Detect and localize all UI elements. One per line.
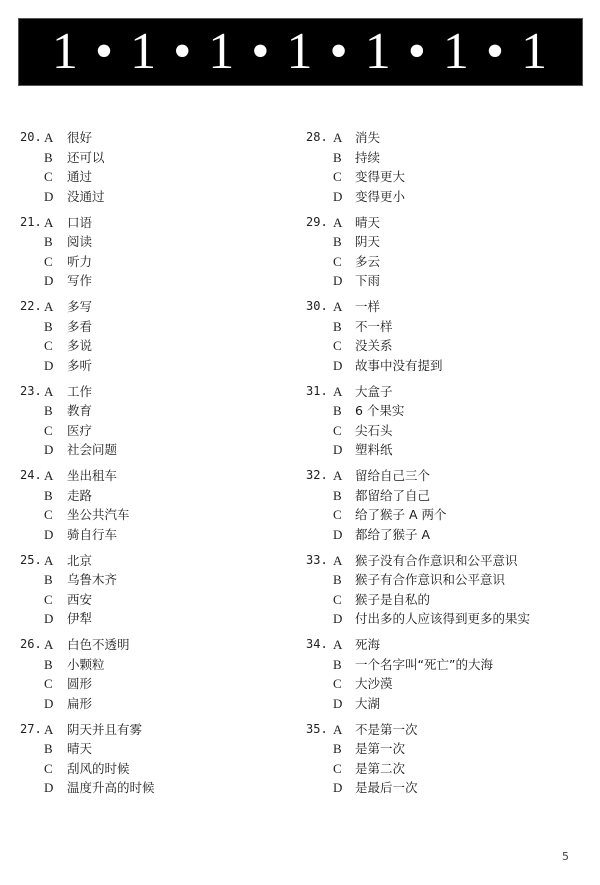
option-text: 听力 bbox=[67, 254, 92, 269]
option-letter: A bbox=[333, 297, 355, 317]
option-text: 写作 bbox=[67, 273, 92, 288]
option-letter: B bbox=[333, 317, 355, 337]
option-letter: C bbox=[44, 590, 67, 610]
option-text: 故事中没有提到 bbox=[355, 358, 443, 373]
answer-option: A坐出租车 bbox=[44, 466, 117, 486]
question-item: 34.A死海B一个名字叫“死亡”的大海C大沙漠D大湖 bbox=[306, 635, 586, 720]
question-number: 25. bbox=[20, 551, 42, 571]
answer-option: D伊犁 bbox=[44, 609, 92, 629]
option-text: 大沙漠 bbox=[355, 676, 393, 691]
answer-option: A留给自己三个 bbox=[333, 466, 430, 486]
answer-option: C是第二次 bbox=[333, 759, 405, 779]
option-letter: C bbox=[44, 505, 67, 525]
option-letter: C bbox=[333, 590, 355, 610]
option-letter: B bbox=[44, 486, 67, 506]
option-text: 尖石头 bbox=[355, 423, 393, 438]
answer-option: A晴天 bbox=[333, 213, 380, 233]
option-letter: B bbox=[333, 655, 355, 675]
answer-option: B晴天 bbox=[44, 739, 92, 759]
option-letter: A bbox=[333, 635, 355, 655]
question-number: 34. bbox=[306, 635, 328, 655]
question-item: 26.A白色不透明B小颗粒C圆形D扁形 bbox=[20, 635, 290, 720]
option-letter: C bbox=[333, 674, 355, 694]
question-item: 28.A消失B持续C变得更大D变得更小 bbox=[306, 128, 586, 213]
option-letter: D bbox=[44, 440, 67, 460]
option-text: 给了猴子 A 两个 bbox=[355, 507, 447, 522]
option-letter: A bbox=[44, 466, 67, 486]
option-letter: B bbox=[44, 570, 67, 590]
option-text: 塑料纸 bbox=[355, 442, 393, 457]
option-text: 持续 bbox=[355, 150, 380, 165]
option-text: 没通过 bbox=[67, 189, 105, 204]
option-text: 下雨 bbox=[355, 273, 380, 288]
option-text: 教育 bbox=[67, 403, 92, 418]
answer-option: A不是第一次 bbox=[333, 720, 418, 740]
answer-option: A一样 bbox=[333, 297, 380, 317]
question-item: 30.A一样B不一样C没关系D故事中没有提到 bbox=[306, 297, 586, 382]
question-item: 20.A很好B还可以C通过D没通过 bbox=[20, 128, 290, 213]
question-item: 25.A北京B乌鲁木齐C西安D伊犁 bbox=[20, 551, 290, 636]
answer-option: B小颗粒 bbox=[44, 655, 105, 675]
option-letter: A bbox=[44, 297, 67, 317]
option-letter: B bbox=[44, 232, 67, 252]
option-letter: C bbox=[44, 167, 67, 187]
option-letter: B bbox=[44, 401, 67, 421]
answer-option: D社会问题 bbox=[44, 440, 117, 460]
option-letter: D bbox=[333, 694, 355, 714]
option-letter: A bbox=[333, 382, 355, 402]
option-text: 通过 bbox=[67, 169, 92, 184]
answer-option: D变得更小 bbox=[333, 187, 405, 207]
option-text: 白色不透明 bbox=[67, 637, 130, 652]
option-letter: A bbox=[44, 720, 67, 740]
question-number: 26. bbox=[20, 635, 42, 655]
option-letter: D bbox=[44, 778, 67, 798]
option-letter: A bbox=[44, 213, 67, 233]
option-text: 多云 bbox=[355, 254, 380, 269]
page-number: 5 bbox=[562, 850, 569, 863]
question-number: 32. bbox=[306, 466, 328, 486]
option-letter: C bbox=[44, 252, 67, 272]
option-text: 北京 bbox=[67, 553, 92, 568]
question-number: 20. bbox=[20, 128, 42, 148]
answer-option: C坐公共汽车 bbox=[44, 505, 130, 525]
question-item: 22.A多写B多看C多说D多听 bbox=[20, 297, 290, 382]
option-text: 一样 bbox=[355, 299, 380, 314]
question-item: 29.A晴天B阴天C多云D下雨 bbox=[306, 213, 586, 298]
option-text: 是最后一次 bbox=[355, 780, 418, 795]
option-text: 口语 bbox=[67, 215, 92, 230]
question-item: 24.A坐出租车B走路C坐公共汽车D骑自行车 bbox=[20, 466, 290, 551]
answer-option: D没通过 bbox=[44, 187, 105, 207]
answer-option: B都留给了自己 bbox=[333, 486, 430, 506]
option-letter: D bbox=[44, 525, 67, 545]
answer-option: A口语 bbox=[44, 213, 92, 233]
answer-option: C变得更大 bbox=[333, 167, 405, 187]
answer-option: D是最后一次 bbox=[333, 778, 418, 798]
answer-option: B猴子有合作意识和公平意识 bbox=[333, 570, 505, 590]
option-text: 坐出租车 bbox=[67, 468, 117, 483]
answer-option: C尖石头 bbox=[333, 421, 393, 441]
answer-option: A死海 bbox=[333, 635, 380, 655]
answer-option: C刮风的时候 bbox=[44, 759, 130, 779]
option-text: 都留给了自己 bbox=[355, 488, 430, 503]
option-text: 是第二次 bbox=[355, 761, 405, 776]
answer-option: D骑自行车 bbox=[44, 525, 117, 545]
banner-text: 1 • 1 • 1 • 1 • 1 • 1 • 1 bbox=[52, 26, 549, 78]
answer-option: A很好 bbox=[44, 128, 92, 148]
left-column: 20.A很好B还可以C通过D没通过21.A口语B阅读C听力D写作22.A多写B多… bbox=[20, 128, 290, 804]
option-text: 刮风的时候 bbox=[67, 761, 130, 776]
option-letter: B bbox=[333, 232, 355, 252]
option-letter: D bbox=[44, 694, 67, 714]
option-letter: C bbox=[333, 421, 355, 441]
option-letter: C bbox=[44, 336, 67, 356]
option-text: 都给了猴子 A bbox=[355, 527, 430, 542]
answer-option: C给了猴子 A 两个 bbox=[333, 505, 447, 525]
answer-option: C多云 bbox=[333, 252, 380, 272]
answer-option: B还可以 bbox=[44, 148, 105, 168]
question-number: 21. bbox=[20, 213, 42, 233]
question-number: 23. bbox=[20, 382, 42, 402]
option-text: 没关系 bbox=[355, 338, 393, 353]
option-letter: C bbox=[44, 759, 67, 779]
option-letter: B bbox=[333, 739, 355, 759]
answer-option: C西安 bbox=[44, 590, 92, 610]
option-letter: B bbox=[44, 317, 67, 337]
question-number: 29. bbox=[306, 213, 328, 233]
answer-option: C医疗 bbox=[44, 421, 92, 441]
option-letter: B bbox=[333, 401, 355, 421]
option-text: 不是第一次 bbox=[355, 722, 418, 737]
option-text: 多写 bbox=[67, 299, 92, 314]
option-letter: D bbox=[333, 187, 355, 207]
answer-option: B阅读 bbox=[44, 232, 92, 252]
option-text: 多看 bbox=[67, 319, 92, 334]
option-text: 不一样 bbox=[355, 319, 393, 334]
answer-option: B走路 bbox=[44, 486, 92, 506]
option-text: 晴天 bbox=[355, 215, 380, 230]
option-text: 工作 bbox=[67, 384, 92, 399]
option-letter: B bbox=[44, 655, 67, 675]
option-text: 大盒子 bbox=[355, 384, 393, 399]
option-letter: A bbox=[44, 382, 67, 402]
option-letter: B bbox=[333, 570, 355, 590]
question-number: 30. bbox=[306, 297, 328, 317]
question-item: 31.A大盒子B6 个果实C尖石头D塑料纸 bbox=[306, 382, 586, 467]
question-number: 27. bbox=[20, 720, 42, 740]
answer-option: D扁形 bbox=[44, 694, 92, 714]
answer-option: D塑料纸 bbox=[333, 440, 393, 460]
option-text: 走路 bbox=[67, 488, 92, 503]
option-text: 阴天并且有雾 bbox=[67, 722, 142, 737]
option-letter: D bbox=[333, 356, 355, 376]
answer-option: D付出多的人应该得到更多的果实 bbox=[333, 609, 530, 629]
question-number: 22. bbox=[20, 297, 42, 317]
answer-option: A阴天并且有雾 bbox=[44, 720, 142, 740]
option-letter: C bbox=[333, 252, 355, 272]
answer-option: D故事中没有提到 bbox=[333, 356, 443, 376]
answer-option: A工作 bbox=[44, 382, 92, 402]
answer-option: D大湖 bbox=[333, 694, 380, 714]
option-text: 死海 bbox=[355, 637, 380, 652]
answer-option: B多看 bbox=[44, 317, 92, 337]
option-letter: D bbox=[44, 356, 67, 376]
option-text: 猴子是自私的 bbox=[355, 592, 430, 607]
option-text: 一个名字叫“死亡”的大海 bbox=[355, 657, 493, 672]
answer-option: C通过 bbox=[44, 167, 92, 187]
option-text: 多听 bbox=[67, 358, 92, 373]
answer-option: B是第一次 bbox=[333, 739, 405, 759]
option-text: 是第一次 bbox=[355, 741, 405, 756]
option-text: 伊犁 bbox=[67, 611, 92, 626]
answer-option: A猴子没有合作意识和公平意识 bbox=[333, 551, 518, 571]
question-number: 33. bbox=[306, 551, 328, 571]
option-letter: C bbox=[333, 505, 355, 525]
option-letter: A bbox=[333, 551, 355, 571]
answer-option: A消失 bbox=[333, 128, 380, 148]
answer-option: C大沙漠 bbox=[333, 674, 393, 694]
option-text: 乌鲁木齐 bbox=[67, 572, 117, 587]
option-text: 留给自己三个 bbox=[355, 468, 430, 483]
answer-option: C没关系 bbox=[333, 336, 393, 356]
option-text: 多说 bbox=[67, 338, 92, 353]
answer-option: D下雨 bbox=[333, 271, 380, 291]
answer-option: C猴子是自私的 bbox=[333, 590, 430, 610]
answer-option: B阴天 bbox=[333, 232, 380, 252]
option-letter: D bbox=[44, 609, 67, 629]
answer-option: B持续 bbox=[333, 148, 380, 168]
option-text: 圆形 bbox=[67, 676, 92, 691]
option-text: 消失 bbox=[355, 130, 380, 145]
section-banner: 1 • 1 • 1 • 1 • 1 • 1 • 1 bbox=[18, 18, 583, 86]
option-letter: D bbox=[333, 525, 355, 545]
question-item: 32.A留给自己三个B都留给了自己C给了猴子 A 两个D都给了猴子 A bbox=[306, 466, 586, 551]
option-text: 扁形 bbox=[67, 696, 92, 711]
answer-option: D都给了猴子 A bbox=[333, 525, 430, 545]
option-letter: D bbox=[44, 187, 67, 207]
option-text: 付出多的人应该得到更多的果实 bbox=[355, 611, 530, 626]
option-letter: A bbox=[44, 635, 67, 655]
question-item: 23.A工作B教育C医疗D社会问题 bbox=[20, 382, 290, 467]
answer-option: D写作 bbox=[44, 271, 92, 291]
option-text: 温度升高的时候 bbox=[67, 780, 155, 795]
option-text: 小颗粒 bbox=[67, 657, 105, 672]
answer-option: B乌鲁木齐 bbox=[44, 570, 117, 590]
question-item: 21.A口语B阅读C听力D写作 bbox=[20, 213, 290, 298]
option-text: 骑自行车 bbox=[67, 527, 117, 542]
option-letter: D bbox=[333, 609, 355, 629]
option-letter: D bbox=[333, 271, 355, 291]
option-text: 西安 bbox=[67, 592, 92, 607]
option-letter: B bbox=[44, 148, 67, 168]
answer-option: A北京 bbox=[44, 551, 92, 571]
option-letter: B bbox=[333, 148, 355, 168]
option-text: 坐公共汽车 bbox=[67, 507, 130, 522]
option-letter: C bbox=[44, 674, 67, 694]
option-text: 猴子有合作意识和公平意识 bbox=[355, 572, 505, 587]
option-text: 大湖 bbox=[355, 696, 380, 711]
option-text: 猴子没有合作意识和公平意识 bbox=[355, 553, 518, 568]
answer-option: D温度升高的时候 bbox=[44, 778, 155, 798]
option-letter: D bbox=[333, 778, 355, 798]
question-item: 33.A猴子没有合作意识和公平意识B猴子有合作意识和公平意识C猴子是自私的D付出… bbox=[306, 551, 586, 636]
answer-option: B一个名字叫“死亡”的大海 bbox=[333, 655, 493, 675]
option-letter: C bbox=[333, 336, 355, 356]
answer-option: A多写 bbox=[44, 297, 92, 317]
answer-option: C多说 bbox=[44, 336, 92, 356]
answer-option: C圆形 bbox=[44, 674, 92, 694]
option-text: 还可以 bbox=[67, 150, 105, 165]
answer-option: B不一样 bbox=[333, 317, 393, 337]
option-letter: D bbox=[333, 440, 355, 460]
option-letter: C bbox=[44, 421, 67, 441]
answer-option: B6 个果实 bbox=[333, 401, 404, 421]
question-number: 31. bbox=[306, 382, 328, 402]
answer-option: B教育 bbox=[44, 401, 92, 421]
option-text: 医疗 bbox=[67, 423, 92, 438]
option-letter: C bbox=[333, 167, 355, 187]
question-item: 27.A阴天并且有雾B晴天C刮风的时候D温度升高的时候 bbox=[20, 720, 290, 805]
option-letter: D bbox=[44, 271, 67, 291]
answer-option: A白色不透明 bbox=[44, 635, 130, 655]
answer-option: C听力 bbox=[44, 252, 92, 272]
question-number: 28. bbox=[306, 128, 328, 148]
answer-option: D多听 bbox=[44, 356, 92, 376]
option-letter: A bbox=[333, 213, 355, 233]
option-letter: A bbox=[333, 128, 355, 148]
option-text: 很好 bbox=[67, 130, 92, 145]
right-column: 28.A消失B持续C变得更大D变得更小29.A晴天B阴天C多云D下雨30.A一样… bbox=[306, 128, 586, 804]
option-text: 变得更大 bbox=[355, 169, 405, 184]
option-letter: A bbox=[44, 551, 67, 571]
option-letter: A bbox=[333, 720, 355, 740]
option-letter: C bbox=[333, 759, 355, 779]
option-text: 社会问题 bbox=[67, 442, 117, 457]
option-letter: A bbox=[44, 128, 67, 148]
question-number: 24. bbox=[20, 466, 42, 486]
option-text: 晴天 bbox=[67, 741, 92, 756]
option-text: 阅读 bbox=[67, 234, 92, 249]
answer-option: A大盒子 bbox=[333, 382, 393, 402]
option-text: 6 个果实 bbox=[355, 403, 404, 418]
option-text: 变得更小 bbox=[355, 189, 405, 204]
option-letter: B bbox=[333, 486, 355, 506]
question-number: 35. bbox=[306, 720, 328, 740]
option-text: 阴天 bbox=[355, 234, 380, 249]
option-letter: B bbox=[44, 739, 67, 759]
question-item: 35.A不是第一次B是第一次C是第二次D是最后一次 bbox=[306, 720, 586, 805]
option-letter: A bbox=[333, 466, 355, 486]
